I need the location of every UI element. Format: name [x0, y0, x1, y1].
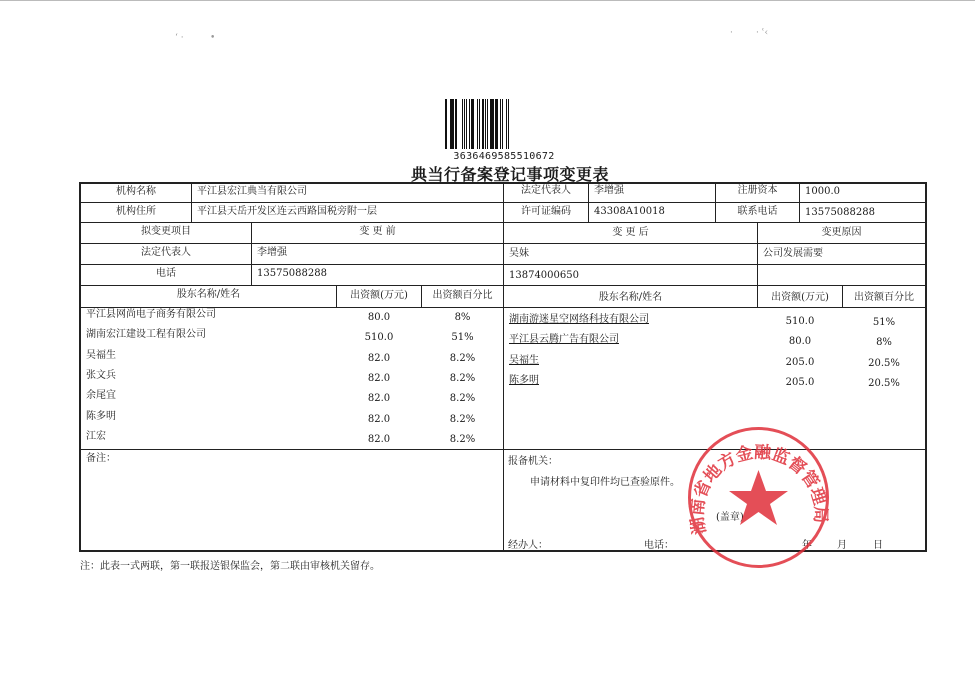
shareholder-after-amount: 510.0: [758, 312, 842, 332]
org-name-label: 机构名称: [81, 182, 191, 202]
shareholder-after-name: 平江县云腾广告有限公司: [509, 330, 754, 350]
day-label: 日: [873, 536, 883, 556]
shareholder-after-percent: 20.5%: [843, 354, 925, 374]
barcode: [445, 99, 565, 149]
col-rule: [588, 182, 589, 223]
scan-edge: [0, 0, 975, 1]
shareholder-before-percent: 8.2%: [422, 369, 503, 389]
filing-authority-label: 报备机关：: [508, 452, 558, 472]
change-after-value: 13874000650: [509, 266, 749, 286]
reg-capital-value: 1000.0: [805, 182, 920, 202]
change-item-header: 拟变更项目: [81, 222, 251, 242]
after-header: 变 更 后: [504, 223, 757, 243]
shareholder-before-name: 张文兵: [86, 366, 331, 386]
shareholder-before-percent: 8.2%: [422, 410, 503, 430]
shareholder-before-amount: 82.0: [337, 410, 421, 430]
handler-label: 经办人：: [508, 536, 548, 556]
shareholder-before-percent: 8.2%: [422, 349, 503, 369]
sh-before-percent-header: 出资额百分比: [422, 286, 503, 306]
change-before-value: 13575088288: [257, 264, 497, 284]
shareholder-before-name: 江宏: [86, 427, 331, 447]
filing-phone-label: 电话：: [644, 536, 674, 556]
barcode-number: 3636469585510672: [424, 151, 584, 162]
scan-speck: ·: [730, 28, 733, 38]
contact-phone-label: 联系电话: [716, 202, 799, 222]
org-name-value: 平江县宏江典当有限公司: [197, 182, 497, 202]
shareholder-before-amount: 510.0: [337, 328, 421, 348]
contact-phone-value: 13575088288: [805, 203, 920, 223]
official-seal: 湖南省地方金融监督管理局: [686, 425, 831, 570]
license-no-value: 43308A10018: [594, 202, 714, 222]
shareholder-after-percent: 20.5%: [843, 374, 925, 394]
shareholder-before-amount: 82.0: [337, 369, 421, 389]
shareholder-before-name: 湖南宏江建设工程有限公司: [86, 325, 331, 345]
shareholder-after-amount: 205.0: [758, 373, 842, 393]
shareholder-before-amount: 82.0: [337, 389, 421, 409]
shareholder-after-amount: 205.0: [758, 353, 842, 373]
shareholder-before-amount: 82.0: [337, 430, 421, 450]
col-rule: [191, 182, 192, 223]
scan-speck: · ʿ‹: [756, 28, 768, 38]
org-address-label: 机构住所: [81, 202, 191, 222]
shareholder-before-name: 陈多明: [86, 407, 331, 427]
before-header: 变 更 前: [252, 222, 503, 242]
shareholder-after-amount: 80.0: [758, 332, 842, 352]
shareholder-before-percent: 8.2%: [422, 430, 503, 450]
change-item: 法定代表人: [81, 243, 251, 263]
sh-after-amount-header: 出资额(万元): [758, 288, 842, 308]
reason-header: 变更原因: [758, 223, 925, 243]
sh-before-name-header: 股东名称/姓名: [81, 285, 336, 305]
shareholder-before-percent: 51%: [422, 328, 503, 348]
change-after-value: 吴妹: [509, 244, 749, 264]
shareholder-after-name: 陈多明: [509, 371, 754, 391]
shareholder-after-name: 吴福生: [509, 351, 754, 371]
change-before-value: 李增强: [257, 243, 497, 263]
footnote: 注：此表一式两联，第一联报送银保监会，第二联由审核机关留存。: [80, 557, 380, 572]
shareholder-before-name: 余尾宜: [86, 386, 331, 406]
org-address-value: 平江县天岳开发区连云西路国税旁附一层: [197, 202, 497, 222]
sh-before-amount-header: 出资额(万元): [337, 286, 421, 306]
reg-capital-label: 注册资本: [716, 181, 799, 201]
scan-speck: •: [210, 33, 215, 43]
scan-speck: ‘ ·: [175, 33, 184, 43]
shareholder-before-name: 吴福生: [86, 346, 331, 366]
star-icon: [729, 470, 788, 525]
col-rule: [799, 182, 800, 223]
change-reason: 公司发展需要: [763, 244, 923, 264]
shareholder-after-name: 湖南游迷星空网络科技有限公司: [509, 310, 754, 330]
legal-rep-label: 法定代表人: [504, 181, 588, 201]
remarks-label: 备注：: [86, 449, 116, 469]
shareholder-after-percent: 51%: [843, 313, 925, 333]
shareholder-before-percent: 8%: [422, 308, 503, 328]
sh-after-name-header: 股东名称/姓名: [504, 288, 757, 308]
month-label: 月: [837, 536, 847, 556]
shareholder-before-percent: 8.2%: [422, 389, 503, 409]
shareholder-before-amount: 80.0: [337, 308, 421, 328]
shareholder-before-name: 平江县网尚电子商务有限公司: [86, 305, 331, 325]
license-no-label: 许可证编码: [504, 202, 588, 222]
change-item: 电话: [81, 264, 251, 284]
table-border-right: [925, 182, 927, 552]
filing-statement: 申请材料中复印件均已查验原件。: [530, 473, 680, 493]
legal-rep-value: 李增强: [594, 181, 714, 201]
sh-after-percent-header: 出资额百分比: [843, 288, 925, 308]
shareholder-before-amount: 82.0: [337, 349, 421, 369]
shareholder-after-percent: 8%: [843, 333, 925, 353]
